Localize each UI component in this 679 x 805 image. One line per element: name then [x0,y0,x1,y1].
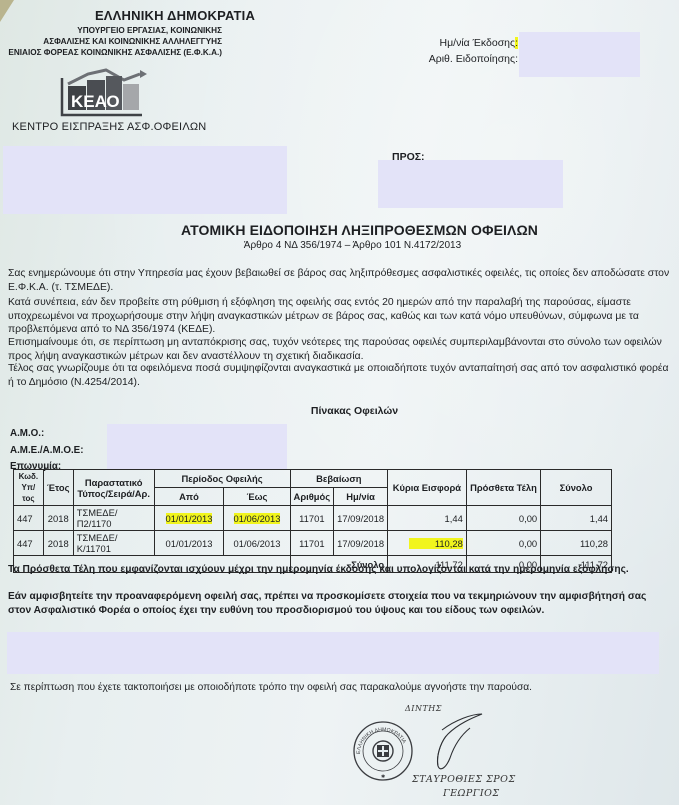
cell-extra: 0,00 [466,531,540,556]
paragraph-2: Κατά συνέπεια, εάν δεν προβείτε στη ρύθμ… [8,296,672,337]
logo-caption: ΚΕΝΤΡΟ ΕΙΣΠΡΑΞΗΣ ΑΣΦ.ΟΦΕΙΛΩΝ [12,121,206,133]
document-title: ΑΤΟΜΙΚΗ ΕΙΔΟΠΟΙΗΣΗ ΛΗΞΙΠΡΟΘΕΣΜΩΝ ΟΦΕΙΛΩΝ [0,222,679,238]
note-dispute: Εάν αμφισβητείτε την προαναφερόμενη οφει… [8,590,672,617]
cell-from: 01/01/2013 [154,531,224,556]
closing-statement: Σε περίπτωση που έχετε τακτοποιήσει με ο… [10,682,532,693]
debts-table: Κωδ. Υπ/τος Έτος Παραστατικό Τύπος/Σειρά… [13,469,612,573]
cell-total: 1,44 [541,506,612,531]
redacted-debtor-ids [107,424,287,470]
cell-code: 447 [14,506,44,531]
keao-logo-icon: ΚΕΑΟ [58,62,150,118]
cell-document: ΤΣΜΕΔΕ/Κ/11701 [73,531,154,556]
col-document: Παραστατικό Τύπος/Σειρά/Αρ. [73,470,154,506]
cell-main: 110,28 [409,538,463,549]
col-year: Έτος [43,470,73,506]
svg-text:ΚΕΑΟ: ΚΕΑΟ [71,92,120,111]
col-extra: Πρόσθετα Τέλη [466,470,540,506]
cell-date: 17/09/2018 [334,531,388,556]
signatory-surname: ΣΤΑΥΡΟΘΙΕΣ ΣΡΟΣ [412,774,516,785]
cell-extra: 0,00 [466,506,540,531]
handwritten-signature-icon [420,708,500,778]
ministry-line-1: ΥΠΟΥΡΓΕΙΟ ΕΡΓΑΣΙΑΣ, ΚΟΙΝΩΝΙΚΗΣ [0,25,222,36]
amo-label: Α.Μ.Ο.: [10,428,44,439]
paragraph-3: Επισημαίνουμε ότι, σε περίπτωση μη ανταπ… [8,336,672,363]
svg-text:✱: ✱ [381,774,385,780]
col-to: Έως [224,488,290,506]
cell-total: 110,28 [541,531,612,556]
cell-from: 01/01/2013 [166,513,213,524]
paragraph-4: Τέλος σας γνωρίζουμε ότι τα οφειλόμενα π… [8,362,672,389]
table-row: 447 2018 ΤΣΜΕΔΕ/Π2/1170 01/01/2013 01/06… [14,506,612,531]
cell-number: 11701 [290,506,334,531]
col-from: Από [154,488,224,506]
ministry-line-2: ΑΣΦΑΛΙΣΗΣ ΚΑΙ ΚΟΙΝΩΝΙΚΗΣ ΑΛΛΗΛΕΓΓΥΗΣ [0,36,222,47]
col-total: Σύνολο [541,470,612,506]
redacted-meta-values [519,32,640,77]
document-subtitle: Άρθρο 4 ΝΔ 356/1974 – Άρθρο 101 Ν.4172/2… [0,240,679,251]
signatory-first-name: ΓΕΩΡΓΙΟΣ [443,788,500,799]
redacted-contact-info [7,632,659,674]
issuer-header: ΕΛΛΗΝΙΚΗ ΔΗΜΟΚΡΑΤΙΑ ΥΠΟΥΡΓΕΙΟ ΕΡΓΑΣΙΑΣ, … [0,8,310,58]
paragraph-1: Σας ενημερώνουμε ότι στην Υπηρεσία μας έ… [8,267,672,294]
cell-main: 1,44 [388,506,467,531]
cell-to: 01/06/2013 [234,513,281,524]
cell-code: 447 [14,531,44,556]
cell-date: 17/09/2018 [334,506,388,531]
cell-year: 2018 [43,506,73,531]
cell-number: 11701 [290,531,334,556]
table-row: 447 2018 ΤΣΜΕΔΕ/Κ/11701 01/01/2013 01/06… [14,531,612,556]
col-code: Κωδ. Υπ/τος [14,470,44,506]
col-certification: Βεβαίωση [290,470,388,488]
cell-year: 2018 [43,531,73,556]
official-stamp-icon: ΕΛΛΗΝΙΚΗ ΔΗΜΟΚΡΑΤΙΑ ✱ [352,720,414,782]
col-number: Αριθμός [290,488,334,506]
republic-heading: ΕΛΛΗΝΙΚΗ ΔΗΜΟΚΡΑΤΙΑ [40,8,310,23]
note-extra-fees: Τα Πρόσθετα Τέλη που εμφανίζονται ισχύου… [8,563,672,577]
redacted-sender-address [3,146,287,214]
cell-document: ΤΣΜΕΔΕ/Π2/1170 [73,506,154,531]
redacted-recipient-address [378,160,563,208]
col-date: Ημ/νία [334,488,388,506]
cell-to: 01/06/2013 [224,531,290,556]
ministry-line-3: ΕΝΙΑΙΟΣ ΦΟΡΕΑΣ ΚΟΙΝΩΝΙΚΗΣ ΑΣΦΑΛΙΣΗΣ (Ε.Φ… [0,47,222,58]
notice-meta: Ημ/νία Έκδοσης: Αριθ. Ειδοποίησης: [404,35,518,67]
issue-date-label: Ημ/νία Έκδοσης: [404,35,518,51]
notice-number-label: Αριθ. Ειδοποίησης: [404,51,518,67]
ame-label: Α.Μ.Ε./Α.Μ.Ο.Ε: [10,445,83,456]
debts-table-title: Πίνακας Οφειλών [0,405,679,417]
table-header-row: Κωδ. Υπ/τος Έτος Παραστατικό Τύπος/Σειρά… [14,470,612,488]
col-period: Περίοδος Οφειλής [154,470,290,488]
col-main: Κύρια Εισφορά [388,470,467,506]
